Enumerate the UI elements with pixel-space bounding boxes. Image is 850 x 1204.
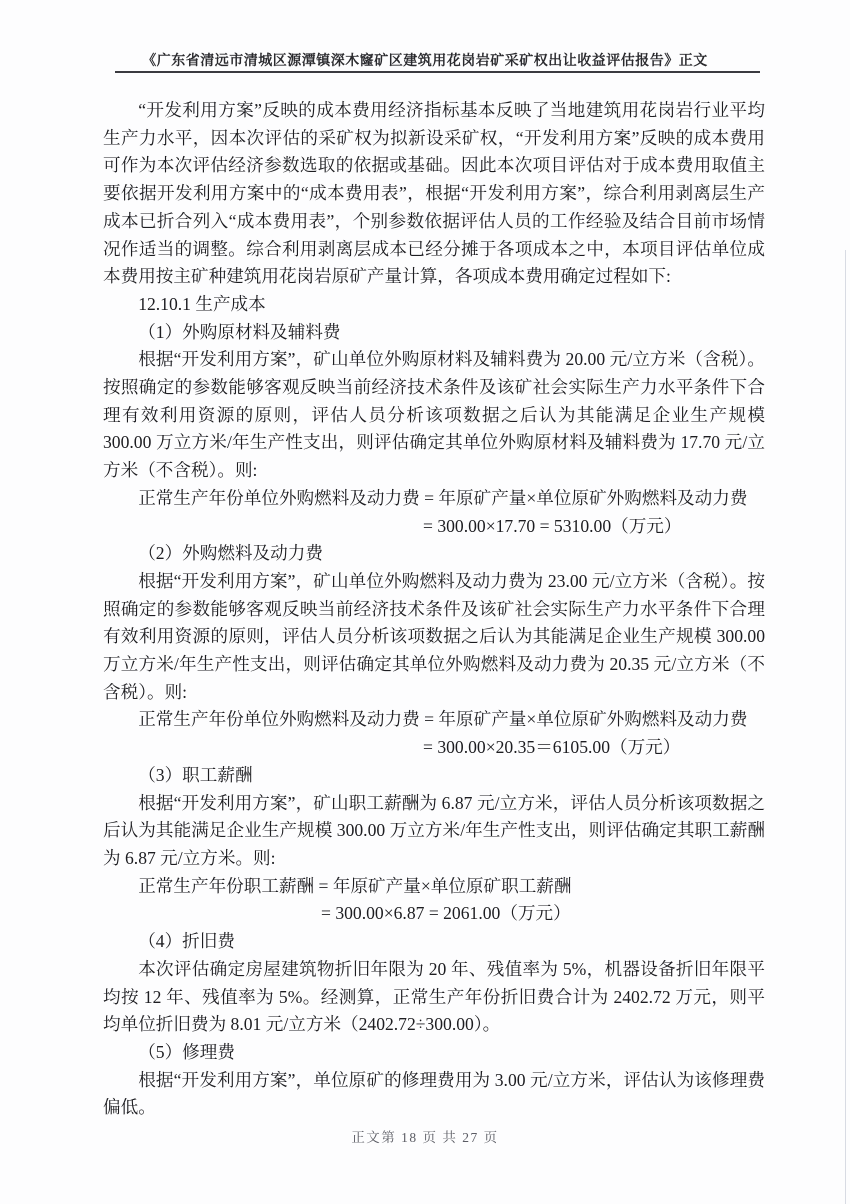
scan-edge-line [845,250,846,1204]
paragraph-staff-salary: 根据“开发利用方案”，矿山职工薪酬为 6.87 元/立方米，评估人员分析该项数据… [103,790,765,873]
formula-staff-salary-line2: = 300.00×6.87 = 2061.00（万元） [103,900,765,928]
document-page: 《广东省清远市清城区源潭镇深木窿矿区建筑用花岗岩矿采矿权出让收益评估报告》正文 … [0,0,850,1204]
heading-12-10-1-production-cost: 12.10.1 生产成本 [103,291,765,319]
document-body: “开发利用方案”反映的成本费用经济指标基本反映了当地建筑用花岗岩行业平均生产力水… [103,97,765,1122]
formula-fuel-power-line1: 正常生产年份单位外购燃料及动力费 = 年原矿产量×单位原矿外购燃料及动力费 [103,706,765,734]
page-number-footer: 正文第 18 页 共 27 页 [0,1126,850,1146]
heading-1-raw-materials-fee: （1）外购原材料及辅料费 [103,319,765,347]
formula-staff-salary-line1: 正常生产年份职工薪酬 = 年原矿产量×单位原矿职工薪酬 [103,873,765,901]
paragraph-cost-basis-intro: “开发利用方案”反映的成本费用经济指标基本反映了当地建筑用花岗岩行业平均生产力水… [103,97,765,291]
formula-fuel-power-line2: = 300.00×20.35＝6105.00（万元） [103,734,765,762]
header-rule-divider [115,71,760,73]
paragraph-fuel-power-fee: 根据“开发利用方案”，矿山单位外购燃料及动力费为 23.00 元/立方米（含税）… [103,568,765,707]
report-header-title: 《广东省清远市清城区源潭镇深木窿矿区建筑用花岗岩矿采矿权出让收益评估报告》正文 [0,50,850,70]
heading-4-depreciation-fee: （4）折旧费 [103,928,765,956]
heading-5-repair-fee: （5）修理费 [103,1039,765,1067]
paragraph-repair-fee: 根据“开发利用方案”，单位原矿的修理费用为 3.00 元/立方米，评估认为该修理… [103,1067,765,1122]
formula-raw-materials-line2: = 300.00×17.70 = 5310.00（万元） [103,513,765,541]
formula-raw-materials-line1: 正常生产年份单位外购燃料及动力费 = 年原矿产量×单位原矿外购燃料及动力费 [103,485,765,513]
heading-2-fuel-power-fee: （2）外购燃料及动力费 [103,540,765,568]
heading-3-staff-salary: （3）职工薪酬 [103,762,765,790]
paragraph-raw-materials-fee: 根据“开发利用方案”，矿山单位外购原材料及辅料费为 20.00 元/立方米（含税… [103,346,765,485]
paragraph-depreciation-fee: 本次评估确定房屋建筑物折旧年限为 20 年、残值率为 5%，机器设备折旧年限平均… [103,956,765,1039]
